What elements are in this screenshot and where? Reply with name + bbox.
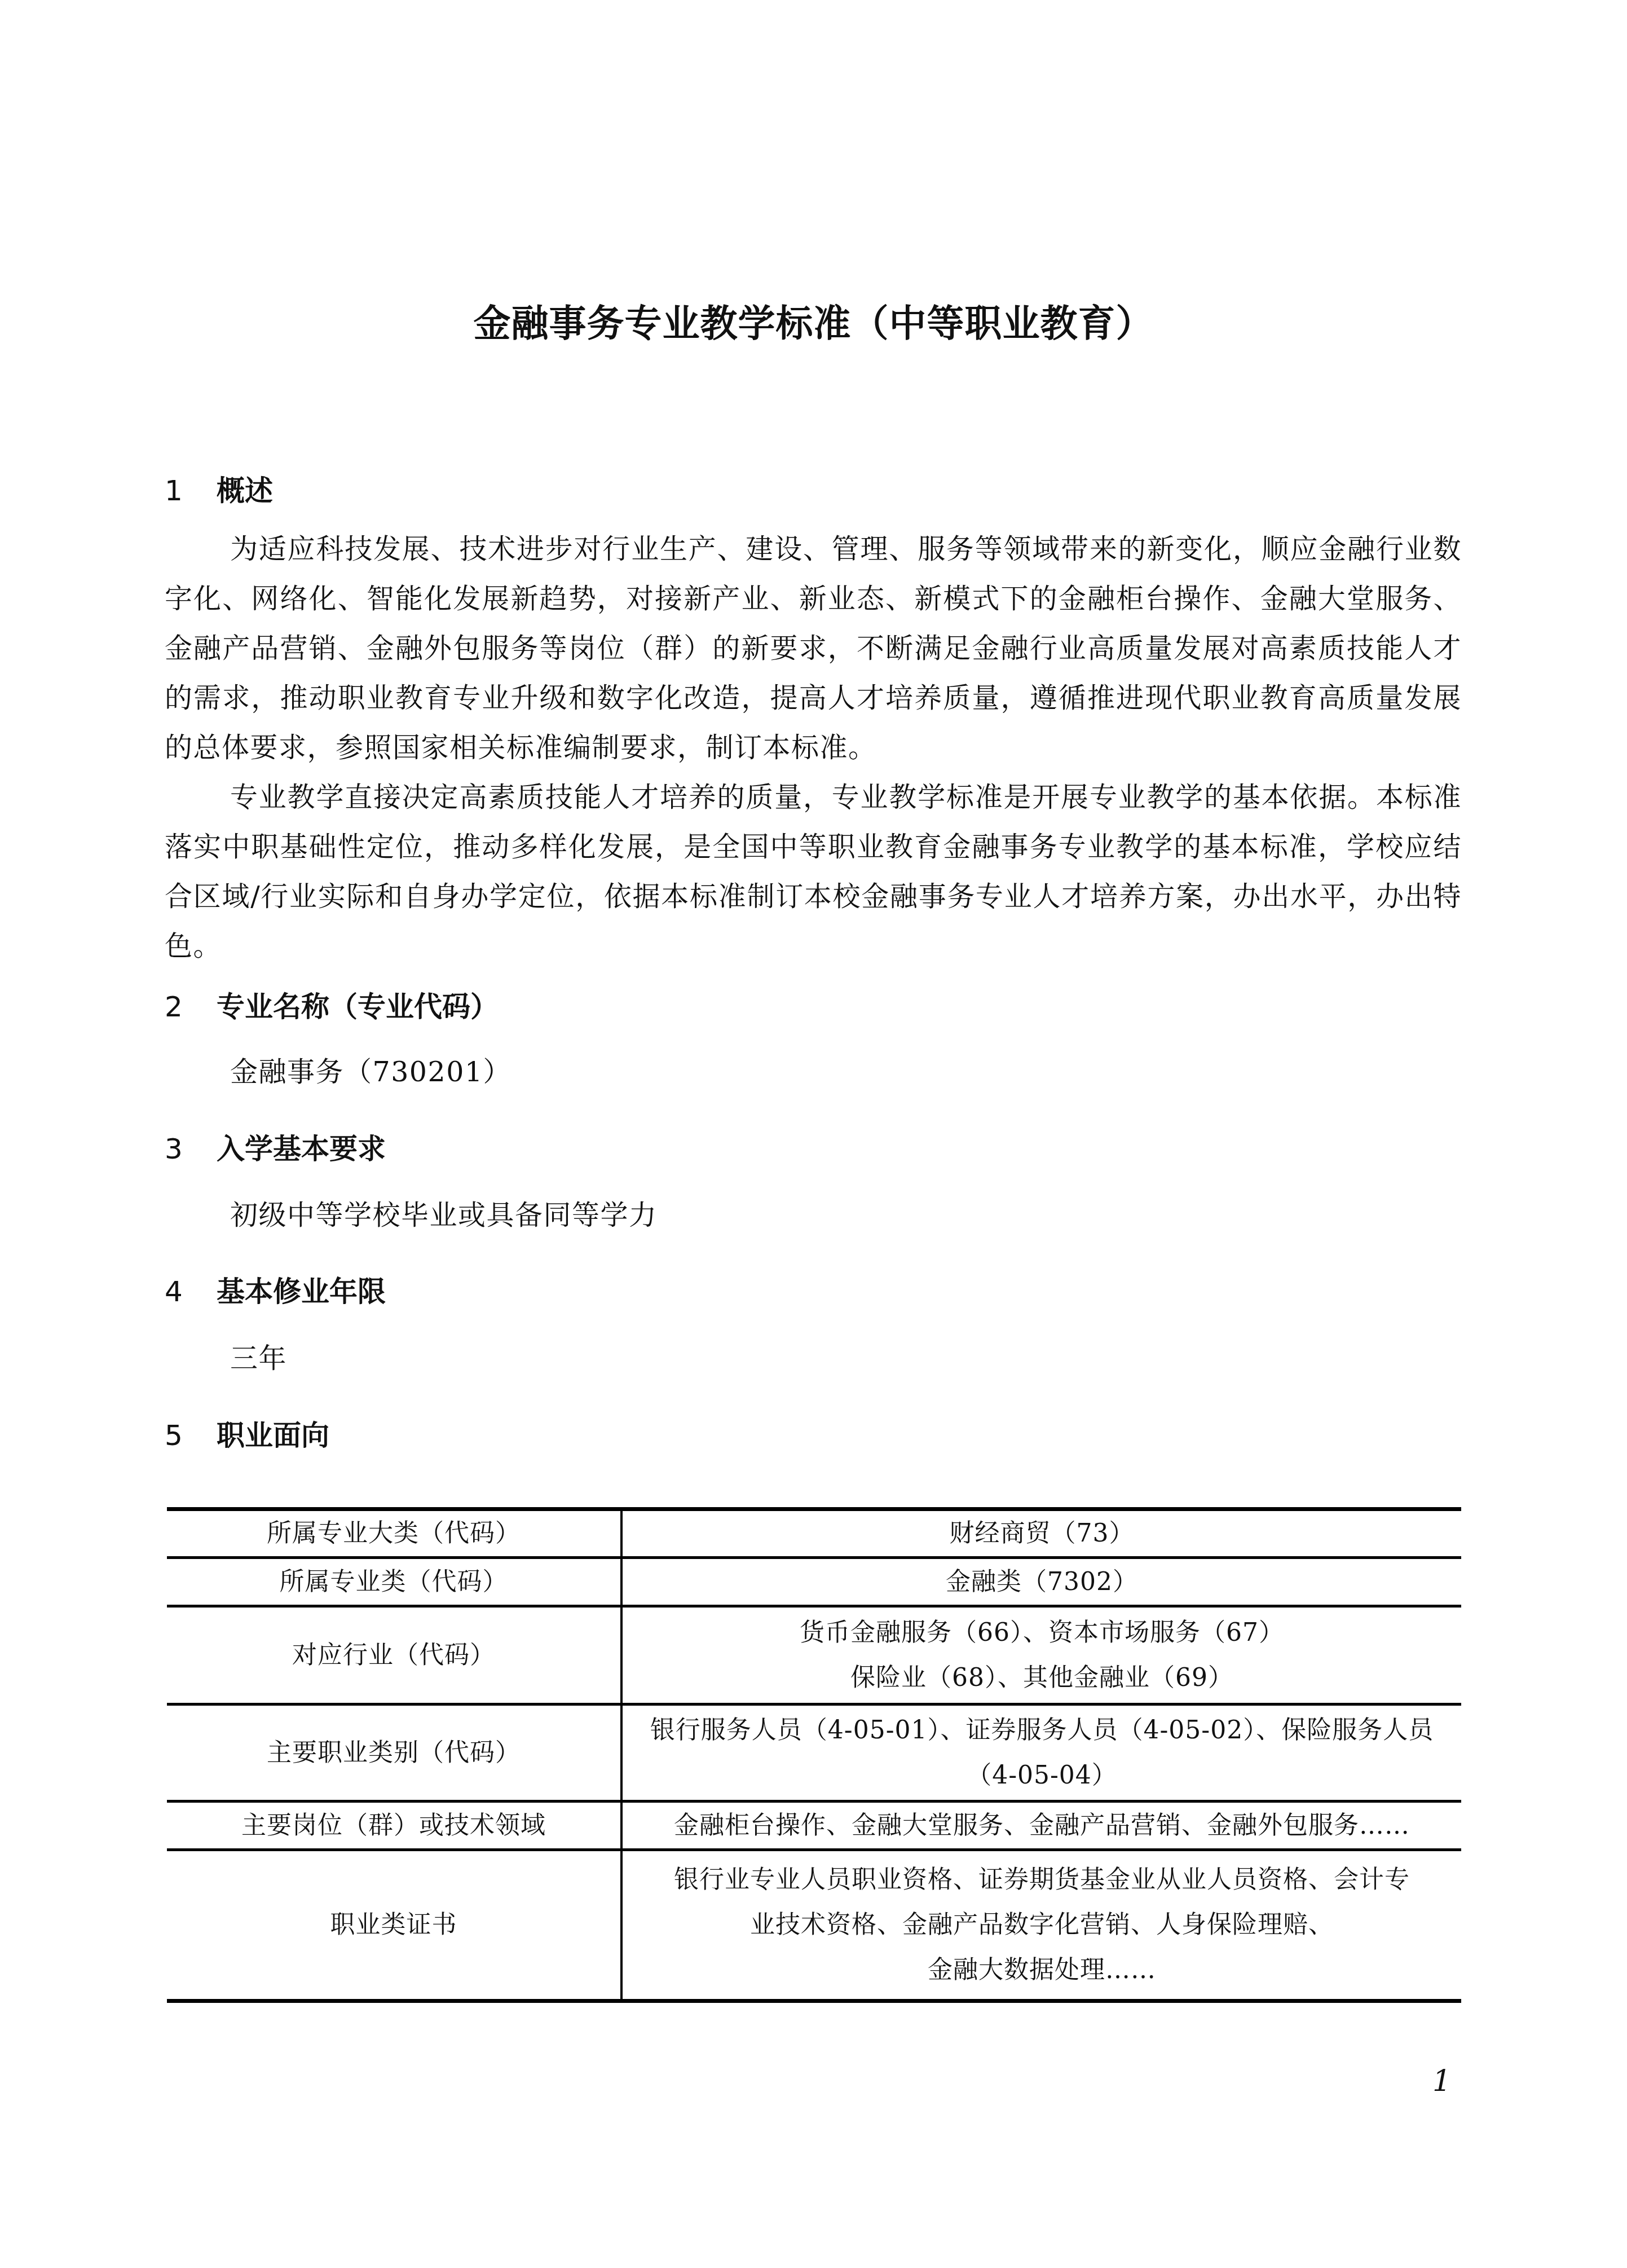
- section-number: 2: [165, 990, 217, 1023]
- section-title: 入学基本要求: [217, 1133, 386, 1165]
- row-label: 主要职业类别（代码）: [167, 1705, 621, 1802]
- table-row: 所属专业类（代码） 金融类（7302）: [167, 1558, 1461, 1606]
- major-name-code: 金融事务（730201）: [230, 1050, 512, 1090]
- section-number: 4: [165, 1275, 217, 1308]
- value-line: 业技术资格、金融产品数字化营销、人身保险理赔、: [630, 1903, 1453, 1948]
- entry-requirement: 初级中等学校毕业或具备同等学力: [230, 1194, 658, 1233]
- value-line: （4-05-04）: [630, 1753, 1453, 1798]
- row-value: 财经商贸（73）: [621, 1509, 1461, 1558]
- document-title: 金融事务专业教学标准（中等职业教育）: [0, 293, 1627, 347]
- table-row: 对应行业（代码） 货币金融服务（66）、资本市场服务（67） 保险业（68）、其…: [167, 1606, 1461, 1705]
- section-3-heading: 3入学基本要求: [165, 1126, 386, 1167]
- section-4-heading: 4基本修业年限: [165, 1269, 386, 1310]
- section-title: 专业名称（专业代码）: [217, 990, 499, 1023]
- section-number: 1: [165, 474, 217, 507]
- row-label: 所属专业大类（代码）: [167, 1509, 621, 1558]
- section-5-heading: 5职业面向: [165, 1413, 329, 1454]
- section-2-heading: 2专业名称（专业代码）: [165, 984, 499, 1025]
- value-line: 金融类（7302）: [630, 1560, 1453, 1605]
- section-title: 基本修业年限: [217, 1275, 386, 1308]
- occupation-table: 所属专业大类（代码） 财经商贸（73） 所属专业类（代码） 金融类（7302） …: [167, 1507, 1461, 2003]
- section-1-paragraph-2: 专业教学直接决定高素质技能人才培养的质量，专业教学标准是开展专业教学的基本依据。…: [165, 773, 1462, 971]
- page-number: 1: [1432, 2064, 1451, 2098]
- section-title: 概述: [217, 474, 273, 507]
- row-label: 主要岗位（群）或技术领域: [167, 1802, 621, 1850]
- row-value: 货币金融服务（66）、资本市场服务（67） 保险业（68）、其他金融业（69）: [621, 1606, 1461, 1705]
- row-label: 所属专业类（代码）: [167, 1558, 621, 1606]
- row-value: 银行业专业人员职业资格、证券期货基金业从业人员资格、会计专 业技术资格、金融产品…: [621, 1850, 1461, 2001]
- row-value: 银行服务人员（4-05-01）、证券服务人员（4-05-02）、保险服务人员 （…: [621, 1705, 1461, 1802]
- value-line: 银行业专业人员职业资格、证券期货基金业从业人员资格、会计专: [630, 1857, 1453, 1903]
- value-line: 货币金融服务（66）、资本市场服务（67）: [630, 1610, 1453, 1655]
- table-row: 职业类证书 银行业专业人员职业资格、证券期货基金业从业人员资格、会计专 业技术资…: [167, 1850, 1461, 2001]
- section-title: 职业面向: [217, 1419, 329, 1452]
- value-line: 金融大数据处理……: [630, 1948, 1453, 1993]
- section-number: 3: [165, 1133, 217, 1165]
- value-line: 金融柜台操作、金融大堂服务、金融产品营销、金融外包服务……: [630, 1803, 1453, 1848]
- row-label: 职业类证书: [167, 1850, 621, 2001]
- table-row: 主要岗位（群）或技术领域 金融柜台操作、金融大堂服务、金融产品营销、金融外包服务…: [167, 1802, 1461, 1850]
- value-line: 保险业（68）、其他金融业（69）: [630, 1655, 1453, 1701]
- table-row: 主要职业类别（代码） 银行服务人员（4-05-01）、证券服务人员（4-05-0…: [167, 1705, 1461, 1802]
- value-line: 银行服务人员（4-05-01）、证券服务人员（4-05-02）、保险服务人员: [630, 1708, 1453, 1753]
- row-value: 金融类（7302）: [621, 1558, 1461, 1606]
- table-row: 所属专业大类（代码） 财经商贸（73）: [167, 1509, 1461, 1558]
- row-value: 金融柜台操作、金融大堂服务、金融产品营销、金融外包服务……: [621, 1802, 1461, 1850]
- section-1-paragraph-1: 为适应科技发展、技术进步对行业生产、建设、管理、服务等领域带来的新变化，顺应金融…: [165, 525, 1462, 773]
- section-1-heading: 1概述: [165, 468, 273, 509]
- study-duration: 三年: [230, 1337, 287, 1376]
- value-line: 财经商贸（73）: [630, 1511, 1453, 1556]
- section-number: 5: [165, 1419, 217, 1452]
- row-label: 对应行业（代码）: [167, 1606, 621, 1705]
